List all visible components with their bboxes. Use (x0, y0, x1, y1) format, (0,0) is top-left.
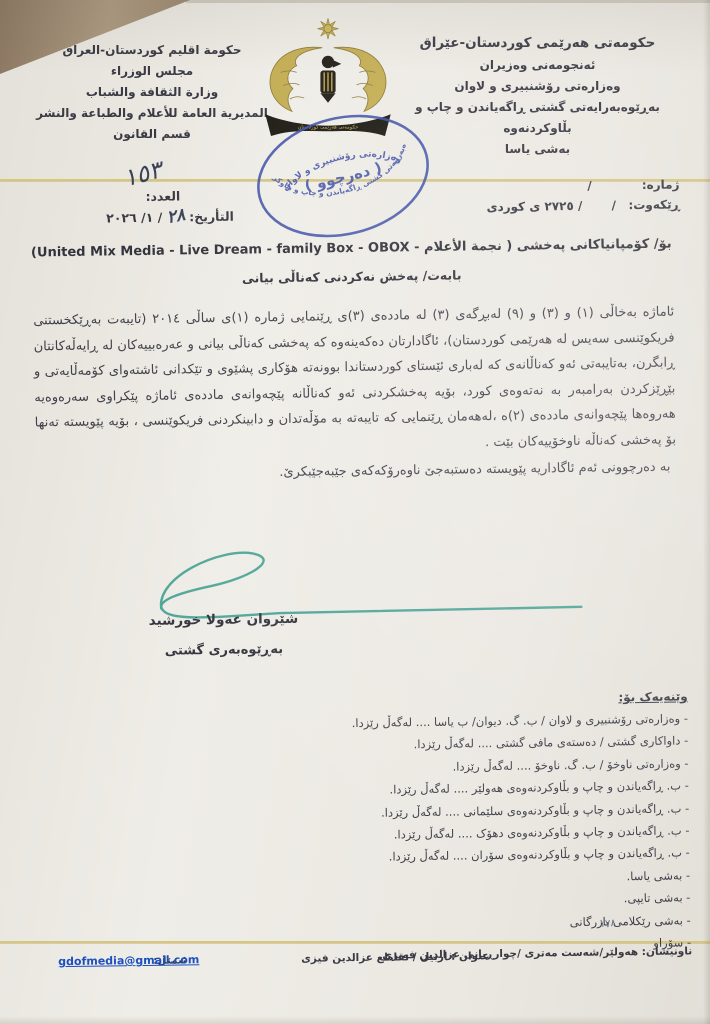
kurdish-date-label: ڕێکەوت: (628, 197, 679, 212)
scanned-letter-page: حکومەتی هەرێمی کوردستان-عێراق ئەنجومەنی … (0, 0, 710, 1024)
signatory-name: شێروان عەولا خورشید (117, 610, 329, 629)
paper-right-edge-shadow (703, 0, 710, 1024)
field-arabic-date: التأريخ: ٢٨ / ١/ ٢٠٢٦ (52, 206, 234, 229)
handwritten-date-day: ٢٨ (165, 205, 187, 228)
subject-re-line: بابەت/ پەخش نەکردنی کەناڵی بیانی (0, 264, 707, 289)
distribution-list: وێنەیەک بۆ: - وەزارەتی رۆشنبیری و لاوان … (257, 685, 691, 959)
signatory-title: بەڕێوەبەری گشتی (128, 642, 320, 660)
kurdish-date-value: / / ٢٧٢٥ ی کوردی (486, 198, 628, 214)
arabic-date-rest: / ١/ ٢٠٢٦ (106, 210, 162, 226)
body-paragraph: ئاماژە بەخاڵی (١) و (٣) و (٩) لەبڕگەی (٣… (33, 300, 676, 462)
paper-top-edge-shadow (186, 0, 710, 3)
kurdish-number-value: / (587, 178, 642, 193)
field-arabic-number-label: العدد: (145, 188, 180, 203)
handwritten-document-number: ١٥٣ (120, 155, 165, 192)
letter-body: ئاماژە بەخاڵی (١) و (٣) و (٩) لەبڕگەی (٣… (33, 300, 676, 489)
field-kurdish-date: ڕێکەوت: / / ٢٧٢٥ ی کوردی (486, 197, 679, 214)
email-link[interactable]: gdofmedia@gmail.com (58, 953, 199, 968)
kurdish-number-label: ژمارە: (642, 177, 680, 192)
handwritten-footer-note: ١٧٨ (599, 918, 616, 930)
footer-address-arabic: عنوان : اربیل / تقاطع عزالدین فیزی (301, 950, 489, 965)
paper-bottom-edge-shadow (0, 1016, 710, 1024)
arabic-date-label: التأريخ: (189, 209, 234, 225)
field-kurdish-number: ژمارە: / (587, 177, 679, 192)
